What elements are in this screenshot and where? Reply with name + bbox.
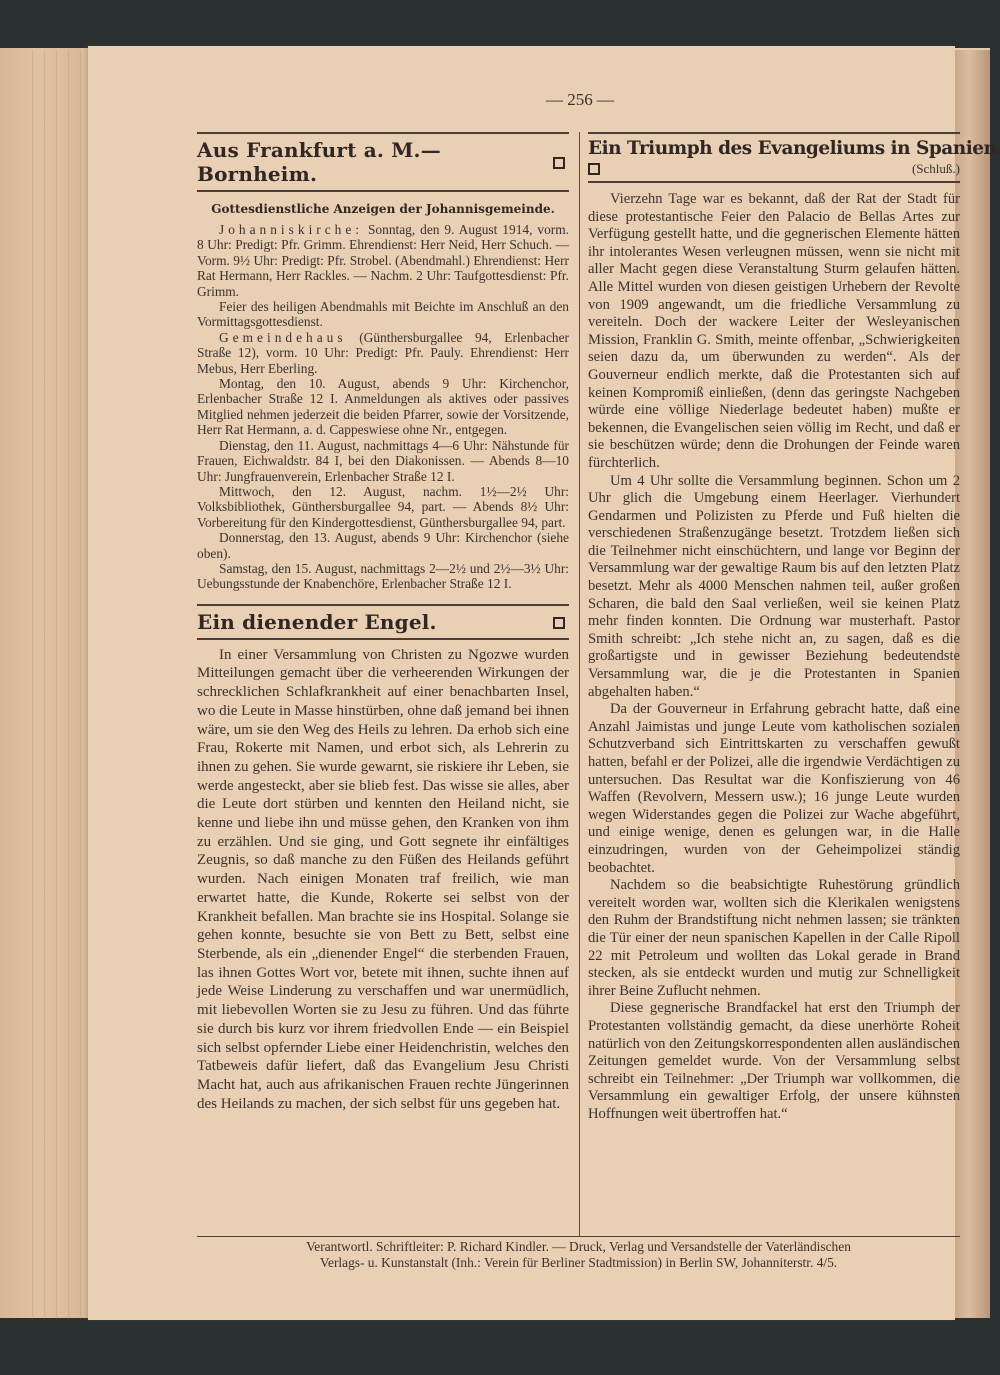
- page-number: — 256 —: [520, 90, 640, 110]
- imprint-line: Verlags- u. Kunstanstalt (Inh.: Verein f…: [197, 1255, 960, 1271]
- square-ornament-icon: [588, 163, 600, 175]
- article-title-spanien: Ein Triumph des Evangeliums in Spanien.: [588, 132, 960, 161]
- square-ornament-icon: [553, 157, 565, 169]
- notice-paragraph: Samstag, den 15. August, nachmittags 2—2…: [197, 561, 569, 592]
- notice-paragraph: Montag, den 10. August, abends 9 Uhr: Ki…: [197, 376, 569, 438]
- article-paragraph: Um 4 Uhr sollte die Versammlung beginnen…: [588, 473, 960, 702]
- page-edges: [32, 50, 90, 1320]
- article-subtitle: Gottesdienstliche Anzeigen der Johannisg…: [197, 202, 569, 216]
- article-heading-frankfurt: Aus Frankfurt a. M.—Bornheim.: [197, 132, 569, 192]
- right-column: Ein Triumph des Evangeliums in Spanien. …: [588, 132, 960, 1123]
- article-paragraph: Diese gegnerische Brandfackel hat erst d…: [588, 1000, 960, 1123]
- notice-paragraph: Johanniskirche: Sonntag, den 9. August 1…: [197, 222, 569, 299]
- article-title: Ein dienender Engel.: [197, 610, 437, 634]
- article-heading-engel: Ein dienender Engel.: [197, 604, 569, 640]
- column-divider: [579, 132, 580, 1237]
- notice-paragraph: Gemeindehaus (Günthersburgallee 94, Erle…: [197, 330, 569, 376]
- book-right-edge: [955, 50, 990, 1318]
- imprint-footer: Verantwortl. Schriftleiter: P. Richard K…: [197, 1236, 960, 1271]
- article-body: In einer Versammlung von Christen zu Ngo…: [197, 646, 569, 1114]
- notice-paragraph: Feier des heiligen Abendmahls mit Beicht…: [197, 299, 569, 330]
- article-paragraph: Vierzehn Tage war es bekannt, daß der Ra…: [588, 191, 960, 473]
- article-subheading-row: (Schluß.): [588, 161, 960, 183]
- article-dienender-engel: Ein dienender Engel. In einer Versammlun…: [197, 604, 569, 1114]
- article-paragraph: Da der Gouverneur in Erfahrung gebracht …: [588, 701, 960, 877]
- article-title: Aus Frankfurt a. M.—Bornheim.: [197, 138, 441, 186]
- notice-paragraph: Dienstag, den 11. August, nachmittags 4—…: [197, 438, 569, 484]
- imprint-line: Verantwortl. Schriftleiter: P. Richard K…: [197, 1239, 960, 1255]
- notice-paragraph: Donnerstag, den 13. August, abends 9 Uhr…: [197, 530, 569, 561]
- left-column: Aus Frankfurt a. M.—Bornheim. Gottesdien…: [197, 132, 569, 1113]
- continuation-label: (Schluß.): [912, 161, 960, 177]
- article-paragraph: Nachdem so die beabsichtigte Ruhestörung…: [588, 877, 960, 1000]
- square-ornament-icon: [553, 617, 565, 629]
- service-notices: Johanniskirche: Sonntag, den 9. August 1…: [197, 222, 569, 592]
- notice-paragraph: Mittwoch, den 12. August, nachm. 1½—2½ U…: [197, 484, 569, 530]
